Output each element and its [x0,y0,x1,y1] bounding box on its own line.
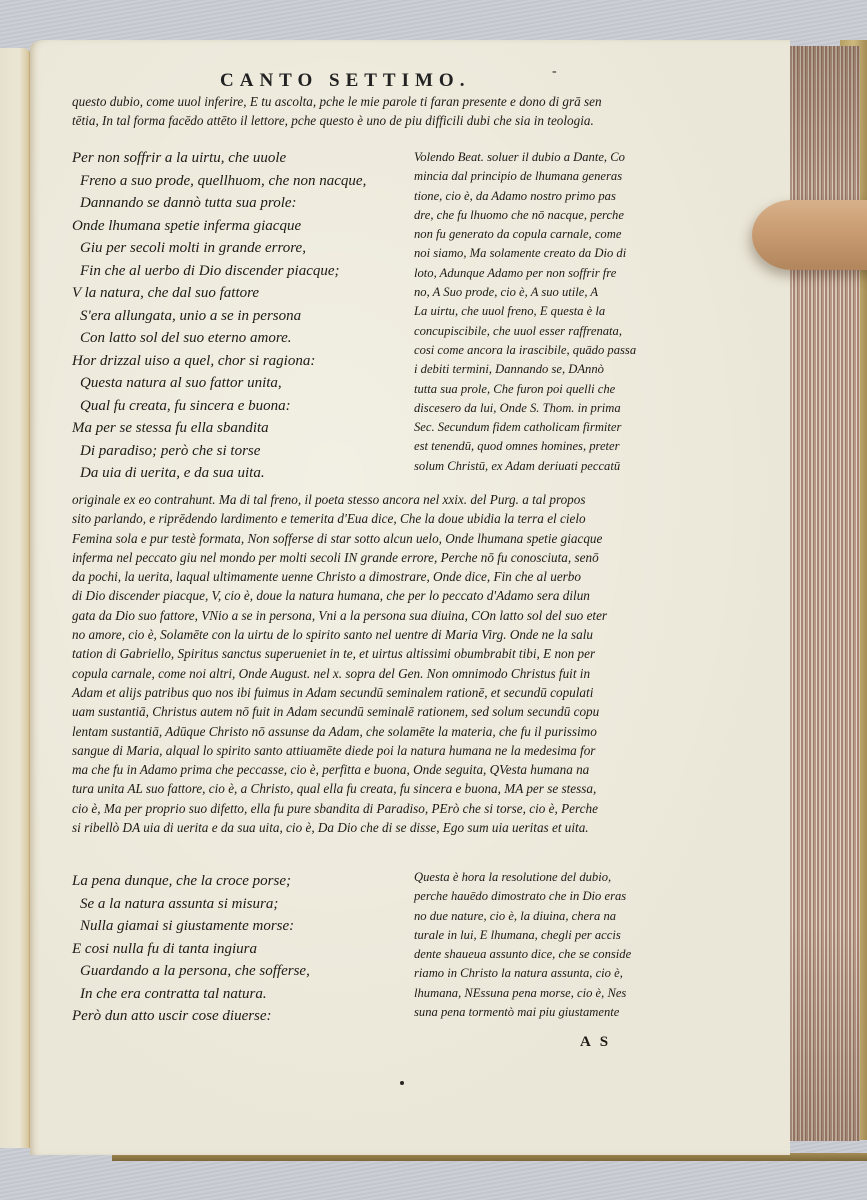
commentary-line: cio è, Ma per proprio suo difetto, ella … [72,799,660,818]
verse-line: Dannando se dannò tutta sua prole: [72,192,412,215]
commentary-line: si ribellò DA uia di uerita e da sua uit… [72,818,660,837]
commentary-line: Adam et alijs patribus quo nos ibi fuimu… [72,683,660,702]
gloss-line: non fu generato da copula carnale, come [414,225,670,244]
verse-block-2: La pena dunque, che la croce porse; Se a… [72,870,412,1028]
commentary-line: no amore, cio è, Solamēte con la uirtu d… [72,625,660,644]
commentary-line: uam sustantiā, Christus autem nō fuit in… [72,702,660,721]
gloss-line: no, A Suo prode, cio è, A suo utile, A [414,283,670,302]
gloss-block-1: Volendo Beat. soluer il dubio a Dante, C… [414,148,670,476]
commentary-line: sangue di Maria, alqual lo spirito santo… [72,741,660,760]
printer-mark: - [552,64,557,80]
gloss-line: mincia dal principio de lhumana generas [414,167,670,186]
gloss-line: perche hauēdo dimostrato che in Dio eras [414,887,670,906]
commentary-line: tation di Gabriello, Spiritus sanctus su… [72,644,660,663]
commentary-line: gata da Dio suo fattore, VNio a se in pe… [72,606,660,625]
gloss-line: tione, cio è, da Adamo nostro primo pas [414,187,670,206]
commentary-block: originale ex eo contrahunt. Ma di tal fr… [72,490,660,837]
verse-line: E cosi nulla fu di tanta ingiura [72,938,412,961]
commentary-line: tura unita AL suo fattore, cio è, a Chri… [72,779,660,798]
verse-line: Onde lhumana spetie inferma giacque [72,215,412,238]
gloss-line: Volendo Beat. soluer il dubio a Dante, C… [414,148,670,167]
gloss-line: dente shaueua assunto dice, che se consi… [414,945,670,964]
verse-line: Con latto sol del suo eterno amore. [72,327,412,350]
verse-line: Da uia di uerita, e da sua uita. [72,462,412,485]
gloss-line: concupiscibile, che uuol esser raffrenat… [414,322,670,341]
commentary-line: di Dio discender piacque, V, cio è, doue… [72,586,660,605]
commentary-line: inferma nel peccato giu nel mondo per mo… [72,548,660,567]
verse-line: Ma per se stessa fu ella sbandita [72,417,412,440]
gloss-line: tutta sua prole, Che furon poi quelli ch… [414,380,670,399]
verse-line: Se a la natura assunta si misura; [72,893,412,916]
commentary-line: originale ex eo contrahunt. Ma di tal fr… [72,490,660,509]
verse-line: Guardando a la persona, che sofferse, [72,960,412,983]
verse-line: Questa natura al suo fattor unita, [72,372,412,395]
commentary-line: sito parlando, e riprēdendo lardimento e… [72,509,660,528]
gloss-line: est tenendū, quod omnes homines, preter [414,437,670,456]
verse-line: S'era allungata, unio a se in persona [72,305,412,328]
commentary-line: lentam sustantiā, Adūque Christo nō assu… [72,722,660,741]
gloss-line: Sec. Secundum fidem catholicam firmiter [414,418,670,437]
verse-line: Nulla giamai si giustamente morse: [72,915,412,938]
gloss-line: loto, Adunque Adamo per non soffrir fre [414,264,670,283]
gloss-line: riamo in Christo la natura assunta, cio … [414,964,670,983]
verse-line: Qual fu creata, fu sincera e buona: [72,395,412,418]
verse-line: Freno a suo prode, quellhuom, che non na… [72,170,412,193]
verse-line: V la natura, che dal suo fattore [72,282,412,305]
running-head: CANTO SETTIMO. [220,70,470,92]
verse-line: Fin che al uerbo di Dio discender piacqu… [72,260,412,283]
verse-block-1: Per non soffrir a la uirtu, che uuole Fr… [72,147,412,485]
opening-prose: questo dubio, come uuol inferire, E tu a… [72,92,660,131]
page-text: CANTO SETTIMO. - questo dubio, come uuol… [0,0,867,1200]
gloss-line: solum Christū, ex Adam deriuati peccatū [414,457,670,476]
commentary-line: da pochi, la uerita, laqual ultimamente … [72,567,660,586]
prose-line: questo dubio, come uuol inferire, E tu a… [72,92,660,111]
verse-line: In che era contratta tal natura. [72,983,412,1006]
commentary-line: copula carnale, come noi altri, Onde Aug… [72,664,660,683]
gloss-line: Questa è hora la resolutione del dubio, [414,868,670,887]
gloss-line: discesero da lui, Onde S. Thom. in prima [414,399,670,418]
verse-line: Giu per secoli molti in grande errore, [72,237,412,260]
commentary-line: ma che fu in Adamo prima che peccasse, c… [72,760,660,779]
gloss-line: cosi come ancora la irascibile, quādo pa… [414,341,670,360]
commentary-line: Femina sola e pur testè formata, Non sof… [72,529,660,548]
signature-mark: A S [580,1034,611,1051]
gloss-line: lhumana, NEssuna pena morse, cio è, Nes [414,984,670,1003]
verse-line: Per non soffrir a la uirtu, che uuole [72,147,412,170]
gloss-line: La uirtu, che uuol freno, E questa è la [414,302,670,321]
prose-line: tētia, In tal forma facēdo attēto il let… [72,111,660,130]
verse-line: Però dun atto uscir cose diuerse: [72,1005,412,1028]
gloss-line: suna pena tormentò mai piu giustamente [414,1003,670,1022]
ink-spot [400,1081,404,1085]
gloss-line: turale in lui, E lhumana, chegli per acc… [414,926,670,945]
gloss-line: i debiti termini, Dannando se, DAnnò [414,360,670,379]
verse-line: La pena dunque, che la croce porse; [72,870,412,893]
gloss-line: noi siamo, Ma solamente creato da Dio di [414,244,670,263]
verse-line: Di paradiso; però che si torse [72,440,412,463]
gloss-line: dre, che fu lhuomo che nō nacque, perche [414,206,670,225]
gloss-line: no due nature, cio è, la diuina, chera n… [414,907,670,926]
verse-line: Hor drizzal uiso a quel, chor si ragiona… [72,350,412,373]
gloss-block-2: Questa è hora la resolutione del dubio, … [414,868,670,1022]
